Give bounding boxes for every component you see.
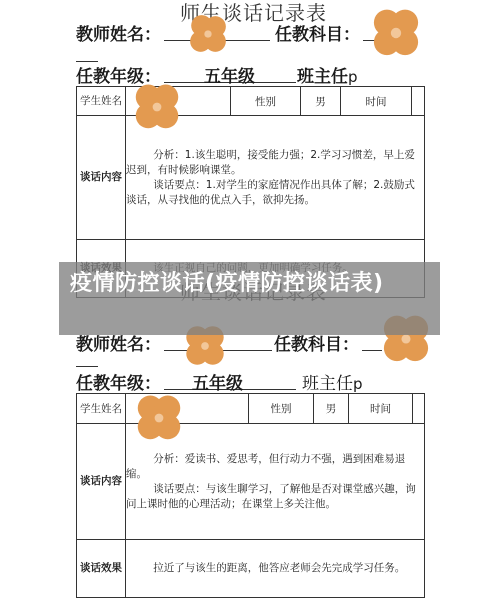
record-2-subject-blank-wrap bbox=[76, 366, 98, 367]
time-value bbox=[412, 87, 425, 116]
record-2-grade-label: 任教年级： bbox=[76, 369, 161, 394]
time-label: 时间 bbox=[349, 394, 413, 424]
record-1-subject-label: 任教科目： bbox=[275, 20, 360, 45]
record-2-head-teacher-tail: p bbox=[353, 375, 363, 393]
record-1-head-teacher-tail: p bbox=[348, 68, 358, 86]
record-2-head-teacher-text: 班主任 bbox=[302, 374, 353, 394]
caption-text: 疫情防控谈话(疫情防控谈话表) bbox=[70, 266, 384, 297]
flower-decoration-icon bbox=[128, 82, 186, 132]
student-name-label: 学生姓名 bbox=[77, 87, 126, 116]
content-points: 谈话要点：1.对学生的家庭情况作出具体了解；2.鼓励式谈话，从寻找他的优点入手，… bbox=[126, 178, 424, 208]
record-1-grade-value: 五年级 bbox=[204, 62, 255, 87]
flower-decoration-icon bbox=[131, 393, 187, 443]
flower-decoration-icon bbox=[370, 7, 422, 59]
effect-label: 谈话效果 bbox=[77, 540, 126, 598]
record-1-head-teacher-label: 班主任p bbox=[297, 62, 358, 87]
content-points: 谈话要点：与该生聊学习，了解他是否对课堂感兴趣，询问上课时他的心理活动；在课堂上… bbox=[126, 482, 424, 512]
content-analysis: 分析：1.该生聪明，接受能力强；2.学习习惯差，早上爱迟到，有时候影响课堂。 bbox=[126, 148, 424, 178]
content-body: 分析：1.该生聪明，接受能力强；2.学习习惯差，早上爱迟到，有时候影响课堂。 谈… bbox=[126, 116, 425, 240]
flower-decoration-icon bbox=[187, 13, 229, 55]
record-2-head-teacher-label: 班主任p bbox=[302, 369, 363, 394]
effect-body: 拉近了与该生的距离，他答应老师会先完成学习任务。 bbox=[126, 540, 425, 598]
time-label: 时间 bbox=[341, 87, 412, 116]
student-name-label: 学生姓名 bbox=[77, 394, 126, 424]
content-label: 谈话内容 bbox=[77, 424, 126, 540]
record-1-head-teacher-text: 班主任 bbox=[297, 67, 348, 87]
gender-value: 男 bbox=[314, 394, 349, 424]
gender-label: 性别 bbox=[249, 394, 314, 424]
gender-value: 男 bbox=[301, 87, 341, 116]
record-1-teacher-name-label: 教师姓名： bbox=[76, 20, 161, 45]
content-analysis: 分析：爱读书、爱思考，但行动力不强，遇到困难易退缩。 bbox=[126, 452, 424, 482]
record-2-table: 学生姓名 性别 男 时间 谈话内容 分析：爱读书、爱思考，但行动力不强，遇到困难… bbox=[76, 393, 425, 598]
effect-value: 拉近了与该生的距离，他答应老师会先完成学习任务。 bbox=[126, 561, 424, 576]
gender-label: 性别 bbox=[231, 87, 301, 116]
content-label: 谈话内容 bbox=[77, 116, 126, 240]
time-value bbox=[413, 394, 425, 424]
record-2-grade-value: 五年级 bbox=[192, 369, 243, 394]
